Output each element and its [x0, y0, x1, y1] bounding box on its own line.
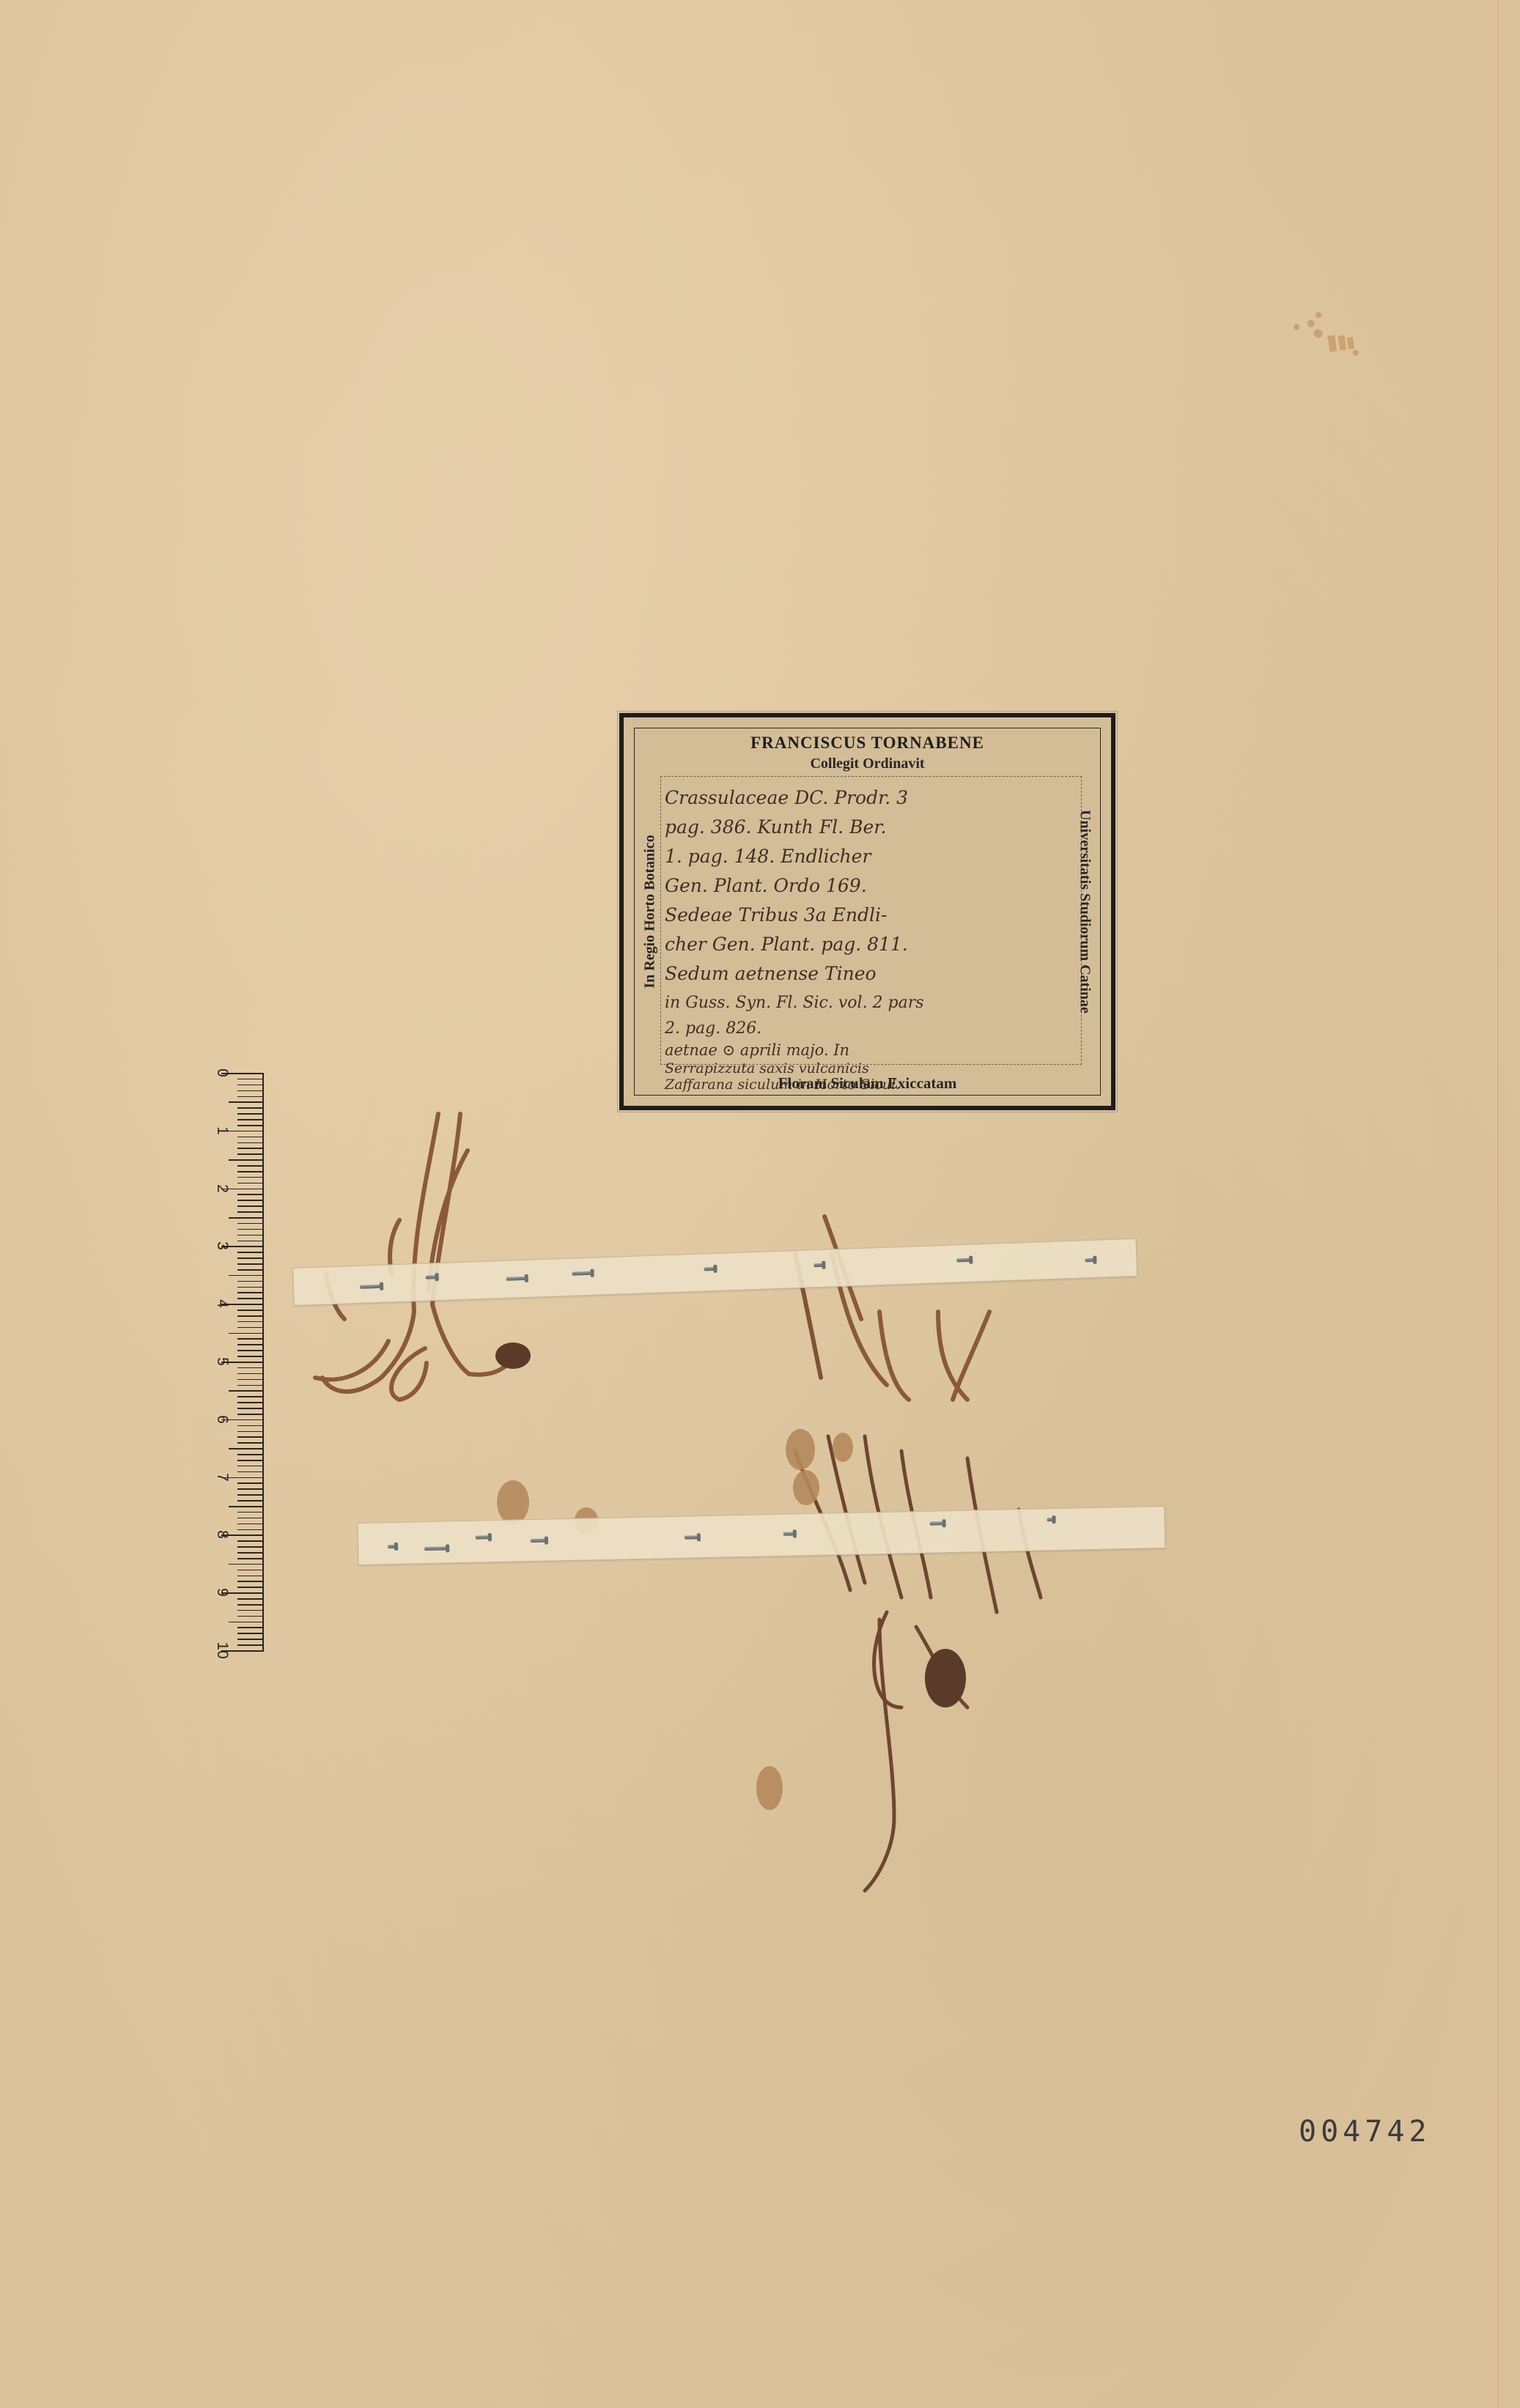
pin-icon: [506, 1277, 525, 1281]
pin-icon: [531, 1539, 545, 1543]
pin-icon: [426, 1275, 436, 1279]
ruler-tick: [237, 1558, 262, 1559]
pin-icon: [388, 1545, 395, 1548]
ruler-tick: [237, 1090, 262, 1092]
ruler-label: 8: [213, 1524, 231, 1545]
pin-icon: [930, 1521, 943, 1525]
ruler-tick: [237, 1177, 262, 1178]
ruler-tick: [237, 1379, 262, 1381]
ruler-tick: [237, 1644, 262, 1646]
handwritten-line: 2. pag. 826.: [665, 1018, 1079, 1040]
collection-label: FRANCISCUS TORNABENE Collegit Ordinavit …: [619, 713, 1115, 1110]
ruler-tick: [237, 1125, 262, 1126]
label-subtitle: Collegit Ordinavit: [624, 756, 1111, 772]
ruler-tick: [237, 1223, 262, 1225]
ruler-tick: [237, 1581, 262, 1582]
ruler-tick: [237, 1627, 262, 1628]
pin-icon: [1047, 1518, 1052, 1521]
handwritten-line: cher Gen. Plant. pag. 811.: [665, 930, 1079, 959]
ruler-tick: [237, 1408, 262, 1409]
ruler-tick: [237, 1570, 262, 1571]
ruler-tick: [237, 1241, 262, 1242]
ruler-label: 1: [213, 1120, 231, 1141]
ruler-tick: [237, 1460, 262, 1461]
ruler-tick: [237, 1183, 262, 1184]
ruler-tick: [237, 1350, 262, 1351]
ruler-tick: [237, 1367, 262, 1369]
pin-icon: [572, 1271, 591, 1276]
ruler-tick: [237, 1616, 262, 1617]
ruler-label: 10: [213, 1640, 231, 1661]
ruler-tick: [237, 1442, 262, 1444]
ruler-tick: [237, 1633, 262, 1634]
ruler-tick: [237, 1482, 262, 1484]
ruler-tick: [237, 1148, 262, 1149]
ruler-tick: [237, 1310, 262, 1311]
ruler-tick: [237, 1425, 262, 1427]
ruler-tick: [237, 1229, 262, 1230]
pin-icon: [685, 1535, 698, 1539]
ruler-tick: [237, 1540, 262, 1542]
ruler-tick: [237, 1604, 262, 1606]
ruler-tick: [237, 1385, 262, 1386]
ruler-tick: [229, 1390, 262, 1392]
ruler-tick: [237, 1518, 262, 1519]
ruler-label: 5: [213, 1351, 231, 1372]
ruler-tick: [237, 1344, 262, 1345]
ruler-tick: [237, 1396, 262, 1397]
ruler-tick: [237, 1298, 262, 1299]
ruler-tick: [237, 1471, 262, 1473]
catalog-number: 004742: [1299, 2115, 1431, 2149]
ruler-label: 3: [213, 1236, 231, 1256]
handwritten-notes: Crassulaceae DC. Prodr. 3 pag. 386. Kunt…: [665, 783, 1079, 1093]
ruler-tick: [229, 1333, 262, 1334]
ruler-tick: [229, 1159, 262, 1161]
ruler-tick: [237, 1263, 262, 1265]
handwritten-line: Crassulaceae DC. Prodr. 3: [665, 783, 1079, 813]
ruler-tick: [237, 1321, 262, 1323]
ruler-tick: [237, 1292, 262, 1293]
handwritten-line: aetnae ⊙ aprili majo. In: [665, 1040, 1079, 1060]
ruler-tick: [229, 1564, 262, 1565]
ruler-tick: [237, 1137, 262, 1138]
collector-name: FRANCISCUS TORNABENE: [624, 734, 1111, 753]
ruler-label: 7: [213, 1467, 231, 1488]
ruler-tick: [237, 1142, 262, 1144]
ruler-tick: [237, 1576, 262, 1577]
ruler-tick: [237, 1610, 262, 1611]
pin-icon: [956, 1258, 970, 1263]
pin-icon: [814, 1263, 822, 1267]
ruler-tick: [237, 1327, 262, 1329]
pin-icon: [783, 1532, 794, 1536]
ruler-tick: [237, 1546, 262, 1548]
ruler-label: 6: [213, 1409, 231, 1430]
ruler-tick: [237, 1205, 262, 1207]
ruler-tick: [237, 1356, 262, 1357]
ruler-tick: [237, 1119, 262, 1120]
ruler-tick: [237, 1211, 262, 1213]
handwritten-line: in Guss. Syn. Fl. Sic. vol. 2 pars: [665, 989, 1079, 1018]
ruler-tick: [237, 1113, 262, 1115]
ruler-tick: [237, 1454, 262, 1455]
pin-icon: [1085, 1258, 1093, 1262]
ruler-tick: [237, 1338, 262, 1340]
ruler-tick: [229, 1275, 262, 1277]
ruler-tick: [237, 1466, 262, 1467]
ruler-tick: [237, 1235, 262, 1236]
ruler-tick: [237, 1153, 262, 1155]
ruler-label: 9: [213, 1582, 231, 1603]
ruler-label: 0: [213, 1063, 231, 1083]
ruler-tick: [229, 1101, 262, 1103]
ruler-label: 2: [213, 1178, 231, 1199]
ruler-tick: [237, 1257, 262, 1259]
ruler-tick: [237, 1165, 262, 1167]
handwritten-line: pag. 386. Kunth Fl. Ber.: [665, 813, 1079, 842]
ruler-spine: [262, 1073, 264, 1652]
ruler-tick: [237, 1079, 262, 1080]
handwritten-line: 1. pag. 148. Endlicher: [665, 842, 1079, 871]
ruler-tick: [237, 1500, 262, 1502]
ruler-tick: [229, 1448, 262, 1449]
ruler-tick: [237, 1488, 262, 1490]
ruler-tick: [237, 1598, 262, 1600]
ruler-label: 4: [213, 1293, 231, 1314]
ruler-tick: [237, 1524, 262, 1525]
pin-icon: [476, 1535, 489, 1539]
pin-icon: [424, 1546, 446, 1551]
ruler-tick: [237, 1414, 262, 1415]
ruler-tick: [237, 1529, 262, 1531]
ruler-tick: [237, 1587, 262, 1588]
ruler-tick: [237, 1315, 262, 1317]
ruler-tick: [237, 1373, 262, 1375]
ruler-tick: [237, 1252, 262, 1253]
ruler-tick: [237, 1281, 262, 1282]
ruler-tick: [237, 1431, 262, 1433]
scale-ruler: 0 1 2 3 4 5 6 7 8 9 10: [207, 1068, 266, 1655]
ruler-tick: [237, 1200, 262, 1201]
ruler-tick: [237, 1085, 262, 1086]
ruler-tick: [237, 1107, 262, 1109]
handwritten-line: Sedum aetnense Tineo: [665, 959, 1079, 989]
ruler-tick: [229, 1622, 262, 1623]
ruler-tick: [237, 1171, 262, 1172]
pin-icon: [704, 1267, 714, 1271]
ruler-tick: [237, 1512, 262, 1513]
ruler-tick: [237, 1269, 262, 1271]
ruler-tick: [237, 1287, 262, 1288]
ruler-tick: [237, 1494, 262, 1496]
label-footer: Floram Siculam Exiccatam: [624, 1074, 1111, 1093]
pin-icon: [360, 1285, 380, 1289]
handwritten-line: Sedeae Tribus 3a Endli-: [665, 901, 1079, 930]
ruler-tick: [237, 1552, 262, 1554]
ruler-tick: [237, 1096, 262, 1098]
ruler-tick: [237, 1402, 262, 1403]
ruler-tick: [237, 1436, 262, 1438]
ruler-tick: [229, 1217, 262, 1219]
ruler-tick: [237, 1639, 262, 1640]
label-left-margin-text: In Regio Horto Botanico: [642, 835, 659, 988]
handwritten-line: Gen. Plant. Ordo 169.: [665, 871, 1079, 901]
ruler-tick: [237, 1194, 262, 1195]
ruler-tick: [229, 1506, 262, 1507]
